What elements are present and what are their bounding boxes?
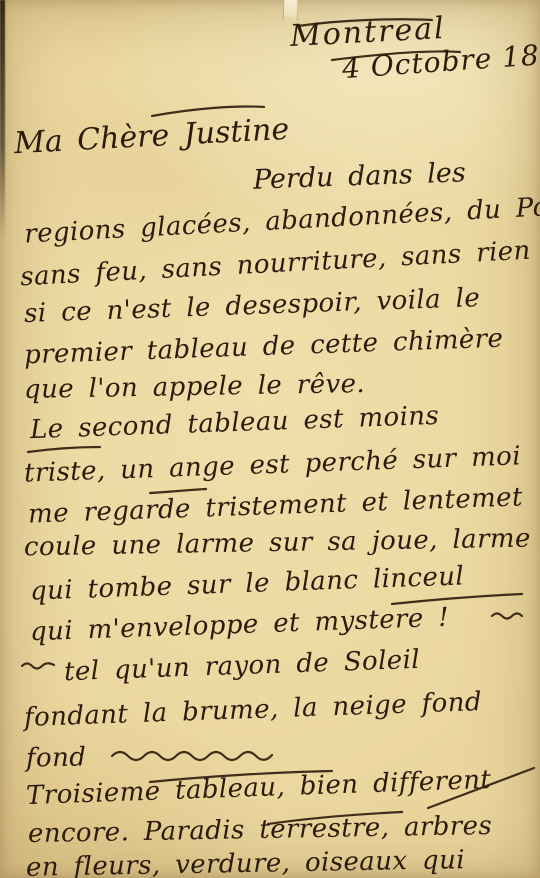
letter-line: encore. Paradis terrestre, arbres — [28, 812, 493, 849]
letter-line: fondant la brume, la neige fond — [24, 688, 483, 733]
letter-line: qui tombe sur le blanc linceul — [30, 562, 465, 606]
letter-line: me regarde tristement et lentemet — [28, 483, 524, 529]
squiggle-after-mystere — [492, 614, 522, 619]
underline-ange — [150, 489, 206, 493]
letter-line: en fleurs, verdure, oiseaux qui — [26, 846, 465, 878]
letter-line: fond — [26, 743, 87, 773]
paper-tear — [283, 0, 299, 20]
letter-page: Montreal 4 Octobre 1899 Ma Chère Justine… — [0, 0, 540, 878]
flourish-over-mystere — [392, 594, 522, 604]
letter-line: triste, un ange est perché sur moi — [24, 442, 522, 488]
letter-line: Troisieme tableau, bien different — [26, 766, 492, 811]
letter-line: que l'on appele le rêve. — [24, 370, 365, 405]
letter-line: coule une larme sur sa joue, larme — [24, 525, 531, 562]
squiggle-after-fond — [112, 752, 272, 760]
opening-line: Perdu dans les — [253, 158, 467, 195]
flourish-over-triste — [28, 447, 100, 452]
letter-line: premier tableau de cette chimère — [24, 325, 504, 370]
letter-line: tel qu'un rayon de Soleil — [64, 646, 421, 687]
salutation-line: Ma Chère Justine — [13, 113, 290, 160]
letter-line: Le second tableau est moins — [30, 402, 440, 445]
paper-edge-shadow — [0, 0, 5, 240]
squiggle-before-tel — [22, 663, 54, 668]
letter-line: si ce n'est le desespoir, voila le — [24, 284, 481, 329]
letter-line: qui m'enveloppe et mystere ! — [30, 604, 450, 647]
